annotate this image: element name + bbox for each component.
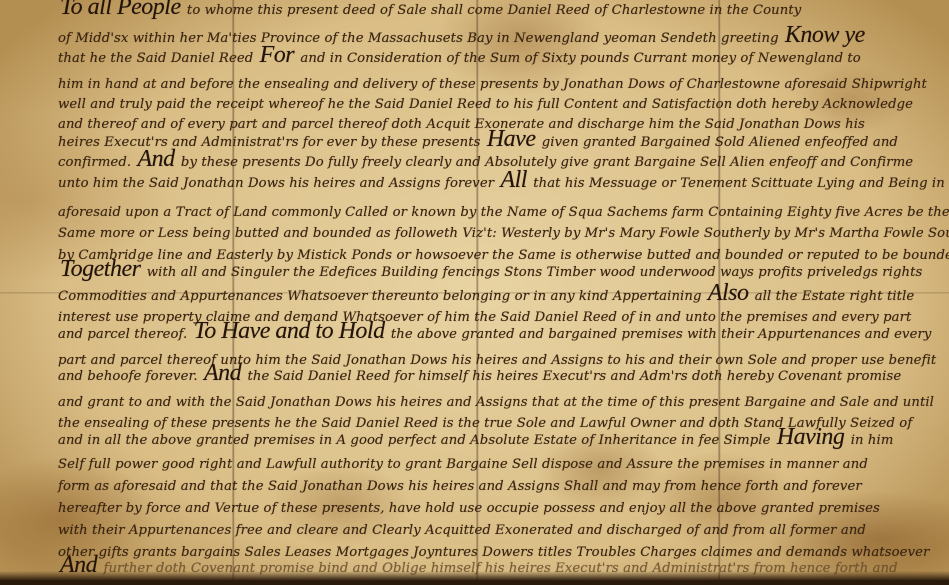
torn-bottom-edge (0, 571, 949, 585)
deed-line: To all People to whome this present deed… (58, 0, 801, 21)
deed-line: that he the Said Daniel Reed For and in … (58, 42, 861, 69)
deed-line: and in all the above granted premises in… (58, 424, 893, 451)
heading-word: All (500, 167, 527, 193)
deed-line: unto him the Said Jonathan Dows his heir… (58, 167, 949, 194)
heading-word: Having (777, 424, 845, 450)
heading-word: For (260, 42, 295, 68)
heading-word: To all People (60, 0, 181, 20)
deed-document: To all People to whome this present deed… (0, 0, 949, 585)
heading-word: And (204, 360, 241, 386)
deed-line: Together with all and Singuler the Edefi… (58, 256, 922, 283)
heading-word: Together (60, 256, 140, 282)
heading-word: To Have and to Hold (194, 318, 385, 344)
deed-line: and parcel thereof. To Have and to Hold … (58, 318, 931, 345)
deed-line: and behoofe forever. And the Said Daniel… (58, 360, 901, 387)
